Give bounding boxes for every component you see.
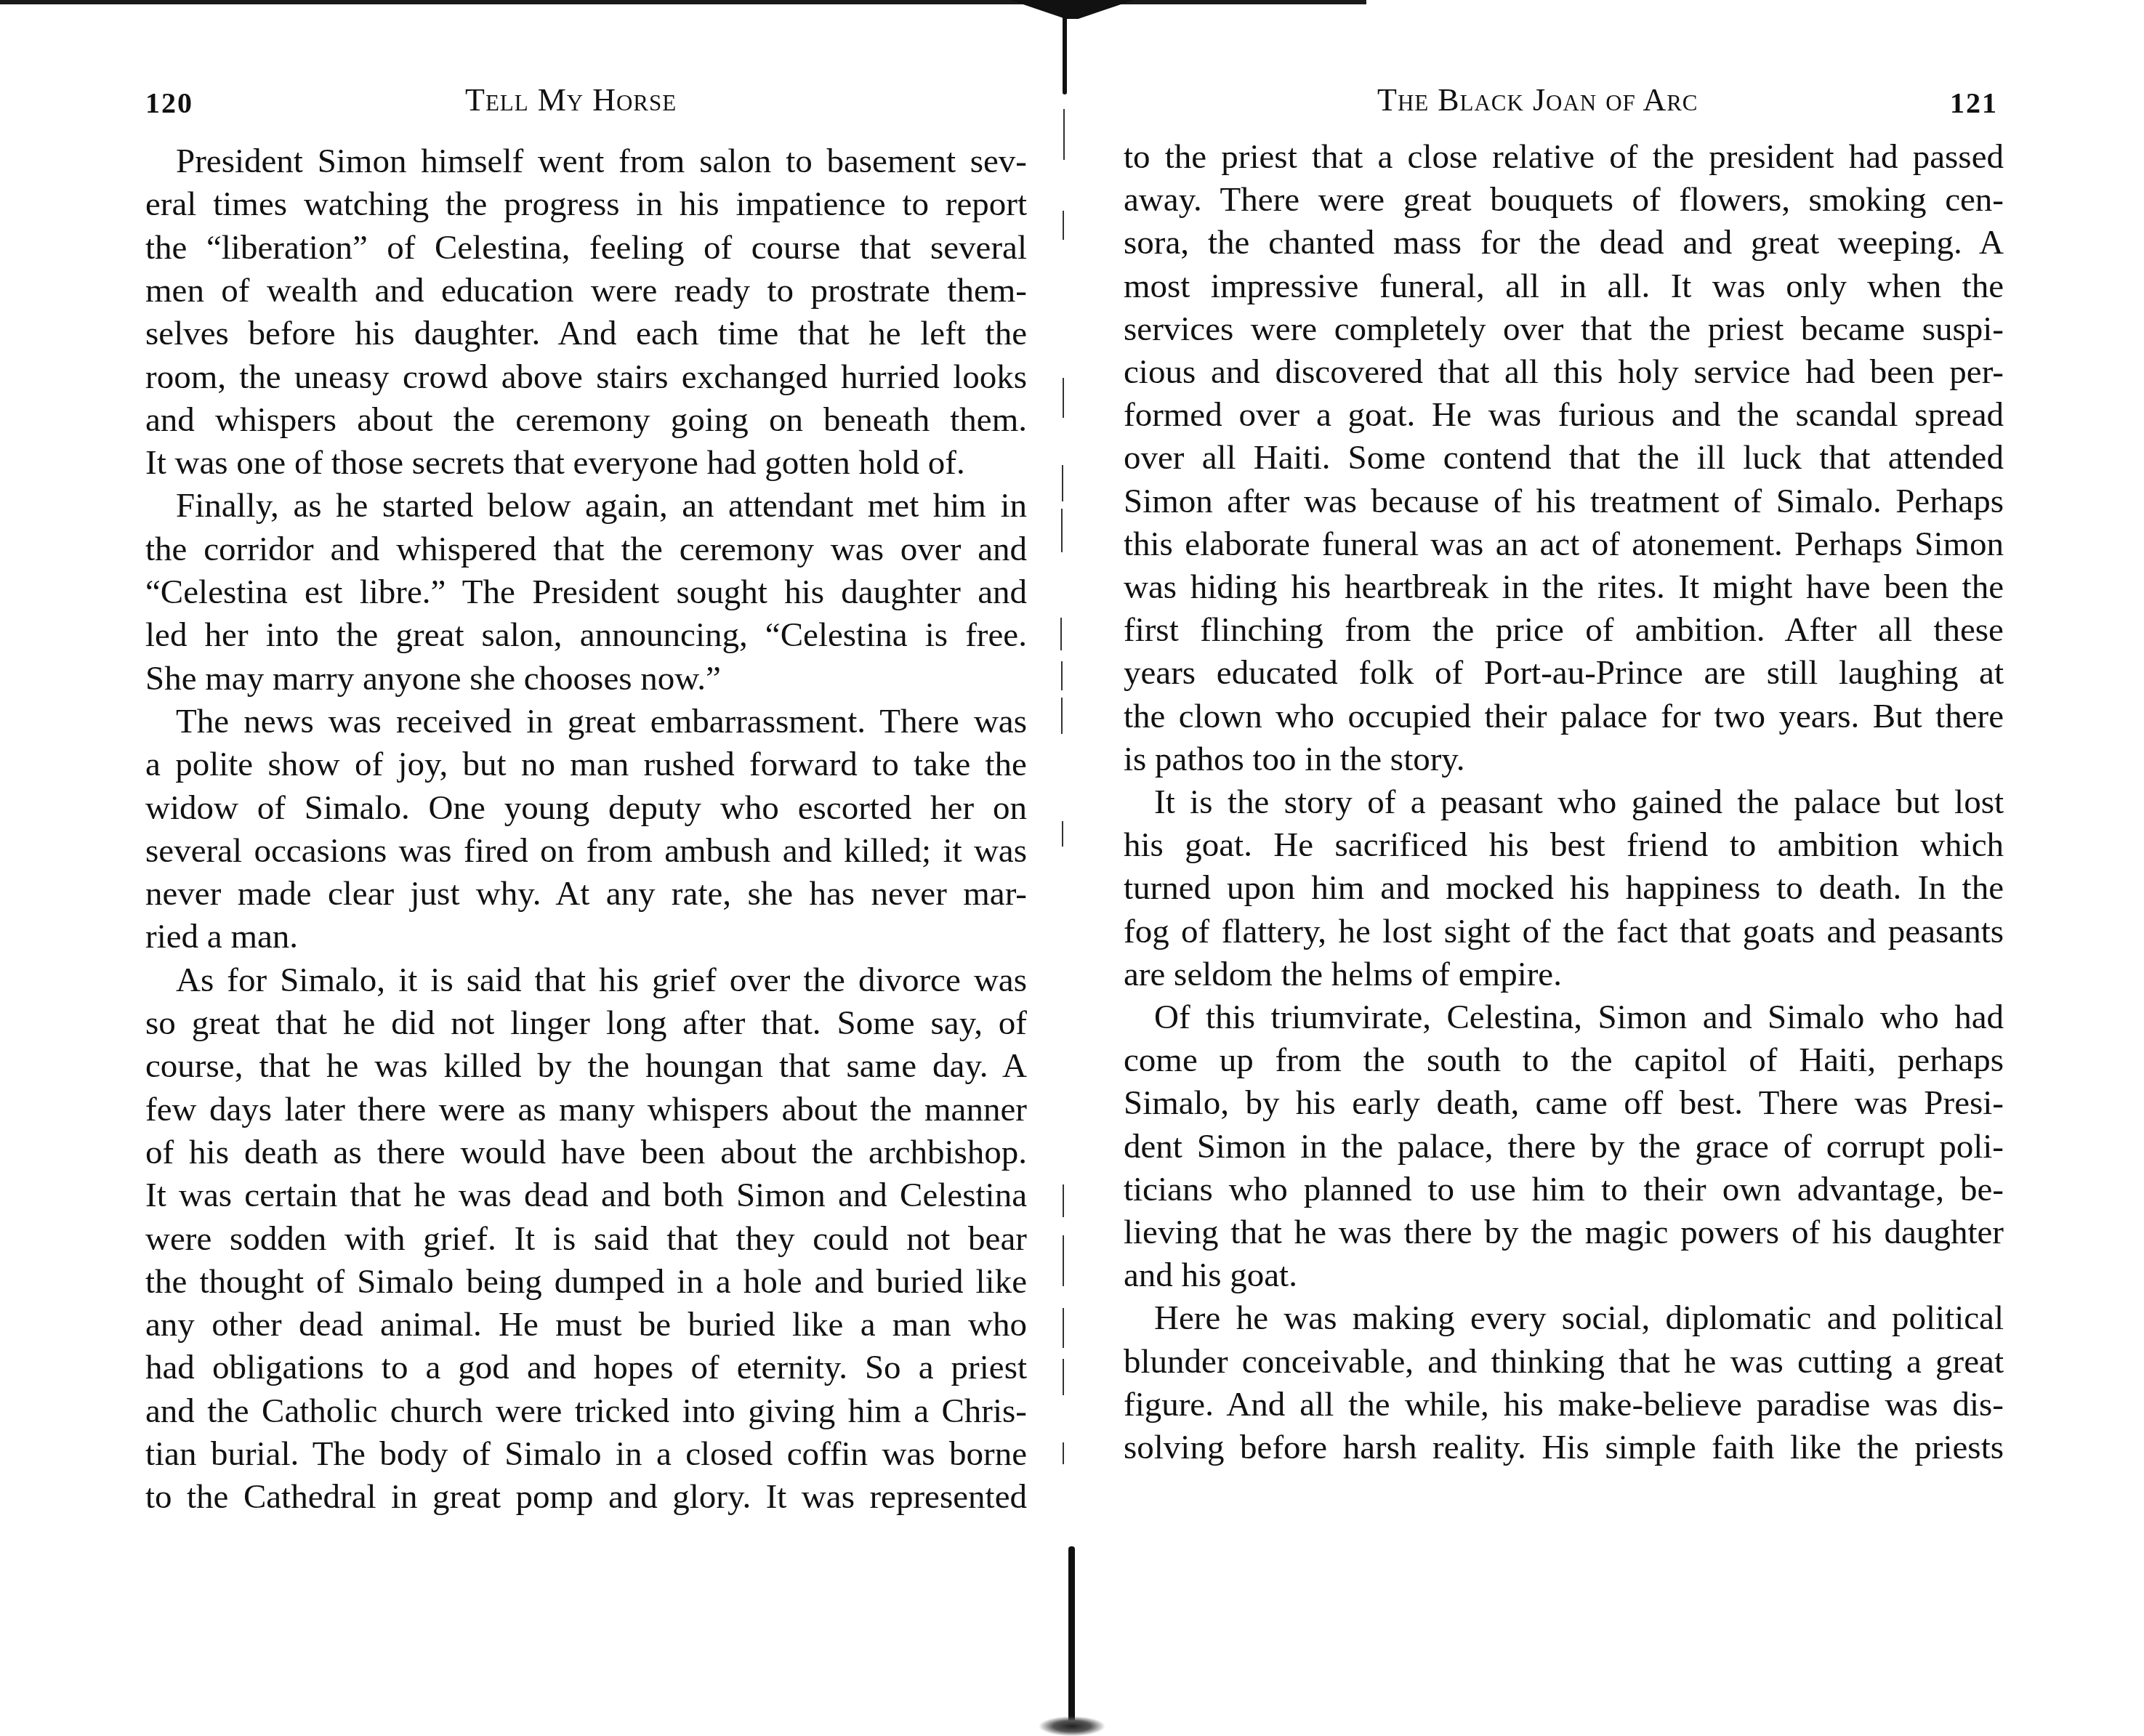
gutter-mark — [1061, 509, 1063, 552]
text-line: Here he was making every social, diploma… — [1154, 1296, 2004, 1340]
text-line: of his death as there would have been ab… — [145, 1131, 1027, 1174]
spine-top-shadow — [1010, 0, 1134, 19]
text-line: lieving that he was there by the magic p… — [1124, 1211, 2004, 1254]
text-line: turned upon him and mocked his happiness… — [1124, 866, 2004, 910]
text-line: few days later there were as many whispe… — [145, 1088, 1027, 1131]
gutter-mark — [1063, 109, 1065, 160]
text-line: were sodden with grief. It is said that … — [145, 1217, 1027, 1261]
text-line: any other dead animal. He must be buried… — [145, 1303, 1027, 1347]
gutter-mark — [1062, 821, 1063, 847]
text-line: Simon after was because of his treatment… — [1124, 480, 2004, 523]
text-line: fog of flattery, he lost sight of the fa… — [1124, 910, 2004, 953]
text-line: solving before harsh reality. His simple… — [1124, 1426, 2004, 1469]
text-line: “Celestina est libre.” The President sou… — [145, 570, 1027, 614]
text-line: to the Cathedral in great pomp and glory… — [145, 1475, 1027, 1519]
text-line: dent Simon in the palace, there by the g… — [1124, 1125, 2004, 1168]
gutter-mark — [1063, 1359, 1064, 1395]
text-line: is pathos too in the story. — [1124, 738, 2004, 781]
text-line: services were completely over that the p… — [1124, 307, 2004, 351]
text-line: President Simon himself went from salon … — [176, 140, 1027, 183]
text-line: over all Haiti. Some contend that the il… — [1124, 436, 2004, 480]
text-line: first flinching from the price of ambiti… — [1124, 608, 2004, 652]
running-head: The Black Joan of Arc — [1377, 81, 1698, 118]
gutter-mark — [1063, 378, 1064, 418]
text-line: men of wealth and education were ready t… — [145, 269, 1027, 312]
running-head: Tell My Horse — [465, 81, 677, 118]
text-line: eral times watching the progress in his … — [145, 182, 1027, 226]
text-line: formed over a goat. He was furious and t… — [1124, 393, 2004, 437]
text-line: selves before his daughter. And each tim… — [145, 312, 1027, 355]
text-line: never made clear just why. At any rate, … — [145, 872, 1027, 916]
gutter-mark — [1063, 1308, 1064, 1348]
text-line: years educated folk of Port-au-Prince ar… — [1124, 651, 2004, 695]
gutter-mark — [1061, 661, 1063, 690]
text-line: course, that he was killed by the hounga… — [145, 1044, 1027, 1088]
text-line: It is the story of a peasant who gained … — [1154, 780, 2004, 824]
text-line: most impressive funeral, all in all. It … — [1124, 265, 2004, 308]
text-line: Simalo, by his early death, came off bes… — [1124, 1081, 2004, 1125]
gutter-mark — [1062, 465, 1063, 501]
text-line: the corridor and whispered that the cere… — [145, 528, 1027, 571]
text-line: widow of Simalo. One young deputy who es… — [145, 786, 1027, 830]
text-line: this elaborate funeral was an act of ato… — [1124, 522, 2004, 566]
text-line: had obligations to a god and hopes of et… — [145, 1346, 1027, 1389]
text-line: to the priest that a close relative of t… — [1124, 135, 2004, 179]
gutter-mark — [1061, 698, 1063, 734]
text-line: his goat. He sacrificed his best friend … — [1124, 823, 2004, 867]
gutter-line-top — [1063, 15, 1067, 94]
text-line: tian burial. The body of Simalo in a clo… — [145, 1432, 1027, 1476]
text-line: the clown who occupied their palace for … — [1124, 695, 2004, 738]
text-line: are seldom the helms of empire. — [1124, 953, 2004, 996]
text-line: was hiding his heartbreak in the rites. … — [1124, 565, 2004, 609]
text-line: sora, the chanted mass for the dead and … — [1124, 221, 2004, 265]
text-line: and whispers about the ceremony going on… — [145, 398, 1027, 442]
text-line: She may marry anyone she chooses now.” — [145, 657, 1027, 701]
gutter-mark — [1063, 211, 1064, 240]
text-line: and the Catholic church were tricked int… — [145, 1389, 1027, 1433]
text-line: ticians who planned to use him to their … — [1124, 1168, 2004, 1211]
text-line: a polite show of joy, but no man rushed … — [145, 743, 1027, 786]
text-line: ried a man. — [145, 915, 1027, 958]
text-line: It was certain that he was dead and both… — [145, 1174, 1027, 1217]
text-line: Finally, as he started below again, an a… — [176, 484, 1027, 528]
gutter-mark — [1063, 1235, 1064, 1286]
text-line: Of this triumvirate, Celestina, Simon an… — [1154, 996, 2004, 1039]
text-line: led her into the great salon, announcing… — [145, 613, 1027, 657]
page-number: 121 — [1950, 86, 1998, 120]
text-line: away. There were great bouquets of flowe… — [1124, 178, 2004, 222]
text-line: come up from the south to the capitol of… — [1124, 1038, 2004, 1082]
spine-bottom-smudge — [1039, 1716, 1105, 1736]
page-number: 120 — [145, 86, 193, 120]
scan-top-shadow — [0, 0, 1366, 4]
text-line: blunder conceivable, and thinking that h… — [1124, 1340, 2004, 1384]
text-line: several occasions was fired on from ambu… — [145, 829, 1027, 873]
text-line: and his goat. — [1124, 1253, 2004, 1297]
text-line: so great that he did not linger long aft… — [145, 1001, 1027, 1045]
text-line: As for Simalo, it is said that his grief… — [176, 958, 1027, 1002]
text-line: the “liberation” of Celestina, feeling o… — [145, 226, 1027, 270]
gutter-mark — [1063, 1442, 1064, 1464]
text-line: room, the uneasy crowd above stairs exch… — [145, 355, 1027, 399]
gutter-line-bottom — [1068, 1546, 1075, 1724]
text-line: cious and discovered that all this holy … — [1124, 350, 2004, 394]
gutter-mark — [1063, 1184, 1064, 1217]
text-line: The news was received in great embarrass… — [176, 700, 1027, 743]
gutter-mark — [1060, 618, 1062, 650]
text-line: figure. And all the while, his make-beli… — [1124, 1383, 2004, 1426]
text-line: the thought of Simalo being dumped in a … — [145, 1260, 1027, 1304]
text-line: It was one of those secrets that everyon… — [145, 441, 1027, 485]
